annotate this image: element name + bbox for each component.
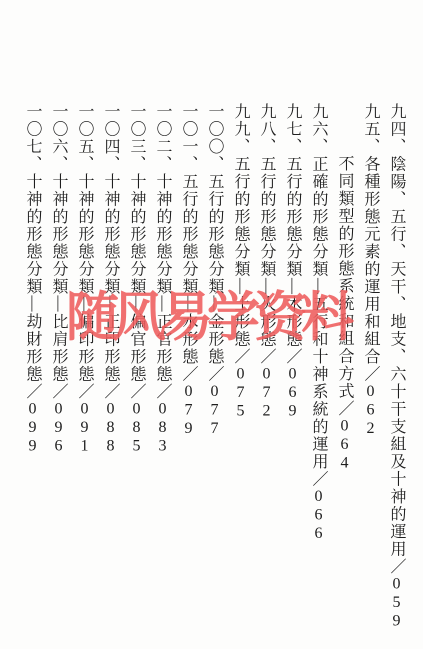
page-number: 059	[388, 576, 405, 632]
page-number: 062	[362, 383, 379, 439]
page-number: 066	[310, 488, 327, 544]
page-number: 069	[284, 366, 301, 422]
toc-entry: 一〇七、十神的形態分類—劫財形態／099	[19, 103, 45, 649]
page-number: 083	[154, 401, 171, 457]
toc-entry: 九六、正確的形態分類—五行和十神系統的運用／066	[305, 103, 331, 649]
toc-entry: 九九、五行的形態分類—土形態／075	[227, 103, 253, 649]
page-number: 085	[128, 401, 145, 457]
toc-entry: 一〇二、十神的形態分類—正官形態／083	[149, 103, 175, 649]
toc-entry: 九八、五行的形態分類—火形態／072	[253, 103, 279, 649]
toc-entry: 一〇六、十神的形態分類—比肩形態／096	[45, 103, 71, 649]
toc-entry: 一〇四、十神的形態分類—正印形態／088	[97, 103, 123, 649]
toc-entry: 一〇一、五行的形態分類—水形態／079	[175, 103, 201, 649]
page-number: 079	[180, 383, 197, 439]
page-number: 077	[206, 383, 223, 439]
toc-entry: 九五、各種形態元素的運用和組合／062	[357, 103, 383, 649]
toc-entry: 不同類型的形態系統和組合方式／064	[331, 103, 357, 649]
page-number: 072	[258, 366, 275, 422]
table-of-contents: 九四、陰陽、五行、天干、地支、六十干支組及十神的運用／059九五、各種形態元素的…	[19, 103, 409, 649]
book-page: 九四、陰陽、五行、天干、地支、六十干支組及十神的運用／059九五、各種形態元素的…	[0, 0, 423, 649]
toc-entry: 一〇〇、五行的形態分類—金形態／077	[201, 103, 227, 649]
page-number: 075	[232, 366, 249, 422]
toc-entry: 九四、陰陽、五行、天干、地支、六十干支組及十神的運用／059	[383, 103, 409, 649]
toc-entry: 九七、五行的形態分類—木形態／069	[279, 103, 305, 649]
page-number: 096	[50, 401, 67, 457]
toc-entry: 一〇三、十神的形態分類—偏官形態／085	[123, 103, 149, 649]
toc-entry: 一〇五、十神的形態分類—偏印形態／091	[71, 103, 97, 649]
page-number: 099	[24, 401, 41, 457]
page-number: 091	[76, 401, 93, 457]
page-number: 088	[102, 401, 119, 457]
page-number: 064	[336, 418, 353, 474]
